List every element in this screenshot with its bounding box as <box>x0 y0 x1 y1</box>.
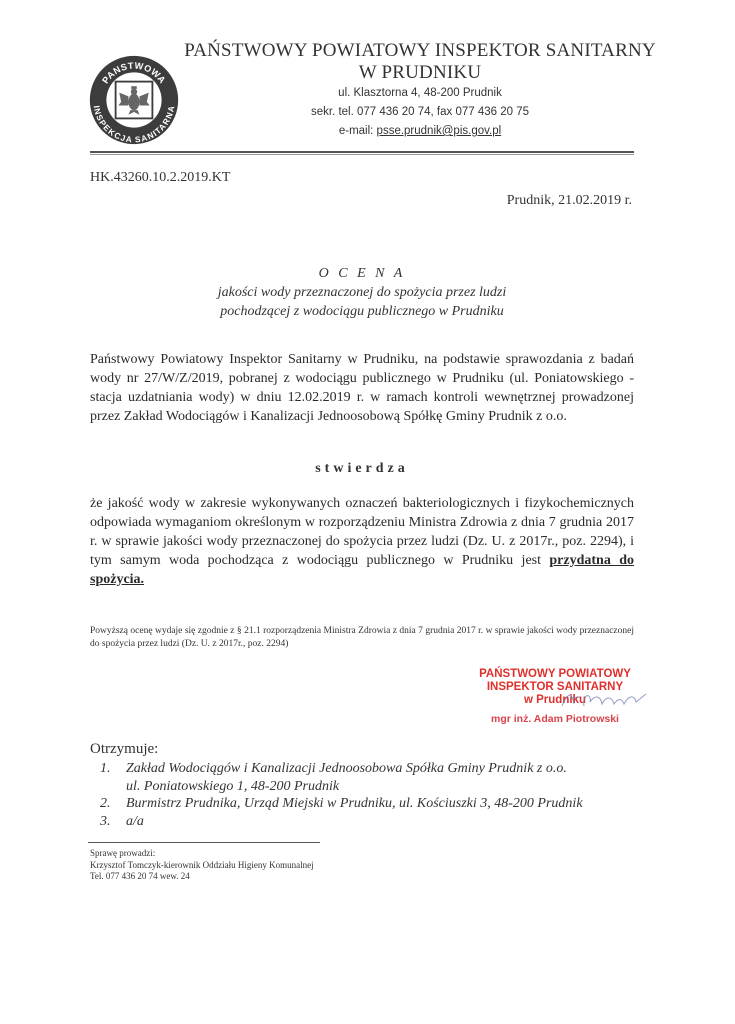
recipient-name: Zakład Wodociągów i Kanalizacji Jednooso… <box>126 760 660 778</box>
recipient-item: 2. Burmistrz Prudnika, Urząd Miejski w P… <box>100 795 660 813</box>
header-divider <box>90 151 634 155</box>
document-title: O C E N A jakości wody przeznaczonej do … <box>90 264 634 321</box>
title-line2: pochodzącej z wodociągu publicznego w Pr… <box>90 302 634 321</box>
footer-phone: Tel. 077 436 20 74 wew. 24 <box>90 871 314 883</box>
recipient-name: a/a <box>126 813 660 831</box>
institution-address: ul. Klasztorna 4, 48-200 Prudnik <box>190 84 650 103</box>
paragraph-finding: że jakość wody w zakresie wykonywanych o… <box>90 494 634 589</box>
recipient-item: 3. a/a <box>100 813 660 831</box>
handwritten-signature-icon <box>560 688 650 710</box>
institution-title-line1: PAŃSTWOWY POWIATOWY INSPEKTOR SANITARNY <box>160 40 680 62</box>
title-line1: jakości wody przeznaczonej do spożycia p… <box>90 283 634 302</box>
institution-contact: ul. Klasztorna 4, 48-200 Prudnik sekr. t… <box>190 84 650 141</box>
institution-title-line2: W PRUDNIKU <box>160 62 680 84</box>
footer-divider <box>88 842 320 843</box>
recipient-number: 2. <box>100 795 126 813</box>
recipient-item: 1. Zakład Wodociągów i Kanalizacji Jedno… <box>100 760 660 795</box>
stamp-signatory: mgr inż. Adam Piotrowski <box>470 713 640 726</box>
institution-email-row: e-mail: psse.prudnik@pis.gov.pl <box>190 122 650 141</box>
email-link[interactable]: psse.prudnik@pis.gov.pl <box>377 125 502 137</box>
institution-title: PAŃSTWOWY POWIATOWY INSPEKTOR SANITARNY … <box>160 40 680 84</box>
recipient-name: Burmistrz Prudnika, Urząd Miejski w Prud… <box>126 795 660 813</box>
footer-label: Sprawę prowadzi: <box>90 848 314 860</box>
institution-phone: sekr. tel. 077 436 20 74, fax 077 436 20… <box>190 103 650 122</box>
recipients-label: Otrzymuje: <box>90 741 158 758</box>
legal-note: Powyższą ocenę wydaje się zgodnie z § 21… <box>90 625 634 651</box>
footer-handler: Krzysztof Tomczyk-kierownik Oddziału Hig… <box>90 860 314 872</box>
case-handler-footer: Sprawę prowadzi: Krzysztof Tomczyk-kiero… <box>90 848 314 883</box>
recipient-number: 1. <box>100 760 126 795</box>
recipient-number: 3. <box>100 813 126 831</box>
recipient-address: ul. Poniatowskiego 1, 48-200 Prudnik <box>126 778 660 796</box>
recipients-list: 1. Zakład Wodociągów i Kanalizacji Jedno… <box>100 760 660 830</box>
finding-heading: stwierdza <box>90 461 634 477</box>
email-label: e-mail: <box>339 125 377 137</box>
document-date: Prudnik, 21.02.2019 r. <box>400 193 632 209</box>
stamp-line1: PAŃSTWOWY POWIATOWY <box>470 668 640 681</box>
paragraph-basis: Państwowy Powiatowy Inspektor Sanitarny … <box>90 350 634 426</box>
reference-number: HK.43260.10.2.2019.KT <box>90 170 230 186</box>
title-heading: O C E N A <box>90 264 634 283</box>
